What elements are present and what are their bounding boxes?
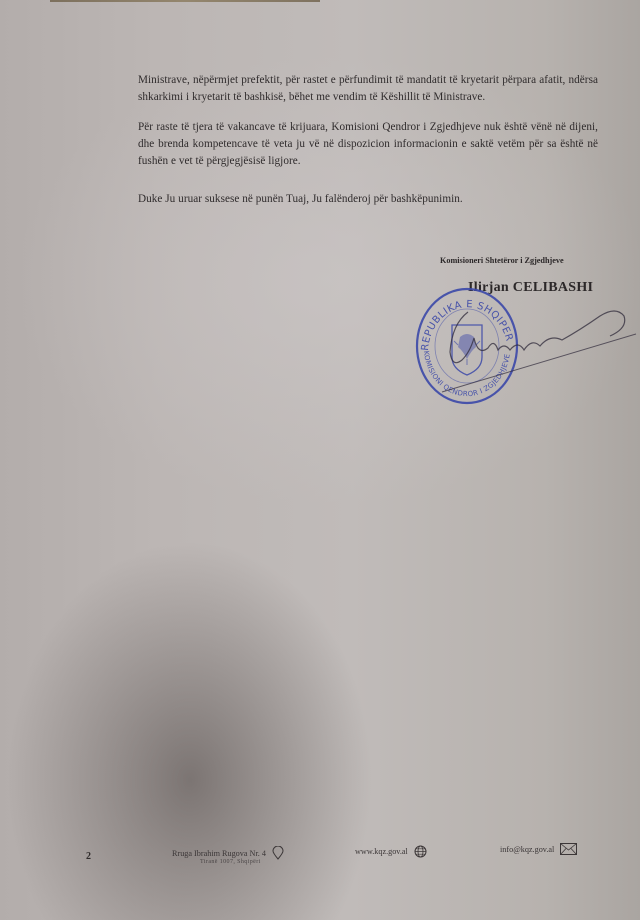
globe-icon [414,845,427,858]
email-text[interactable]: info@kqz.gov.al [500,845,554,854]
page-top-edge [50,0,320,2]
handwritten-signature [440,294,640,394]
paragraph-closing: Duke Ju uruar suksese në punën Tuaj, Ju … [138,191,598,208]
address-subline: Tiranë 1007, Shqipëri [200,859,261,865]
website-text[interactable]: www.kqz.gov.al [355,847,408,856]
footer-address: Rruga Ibrahim Rugova Nr. 4 [172,846,284,860]
document-page: Ministrave, nëpërmjet prefektit, për ras… [0,0,640,920]
page-number: 2 [86,851,91,862]
envelope-icon [560,843,577,855]
address-text: Rruga Ibrahim Rugova Nr. 4 [172,849,266,858]
signer-title: Komisioneri Shtetëror i Zgjedhjeve [440,256,564,265]
paragraph-ministers: Ministrave, nëpërmjet prefektit, për ras… [138,72,598,106]
footer-website[interactable]: www.kqz.gov.al [355,845,427,858]
footer-email[interactable]: info@kqz.gov.al [500,843,577,855]
paragraph-vacancies: Për raste të tjera të vakancave të kriju… [138,119,598,170]
location-pin-icon [272,846,284,860]
